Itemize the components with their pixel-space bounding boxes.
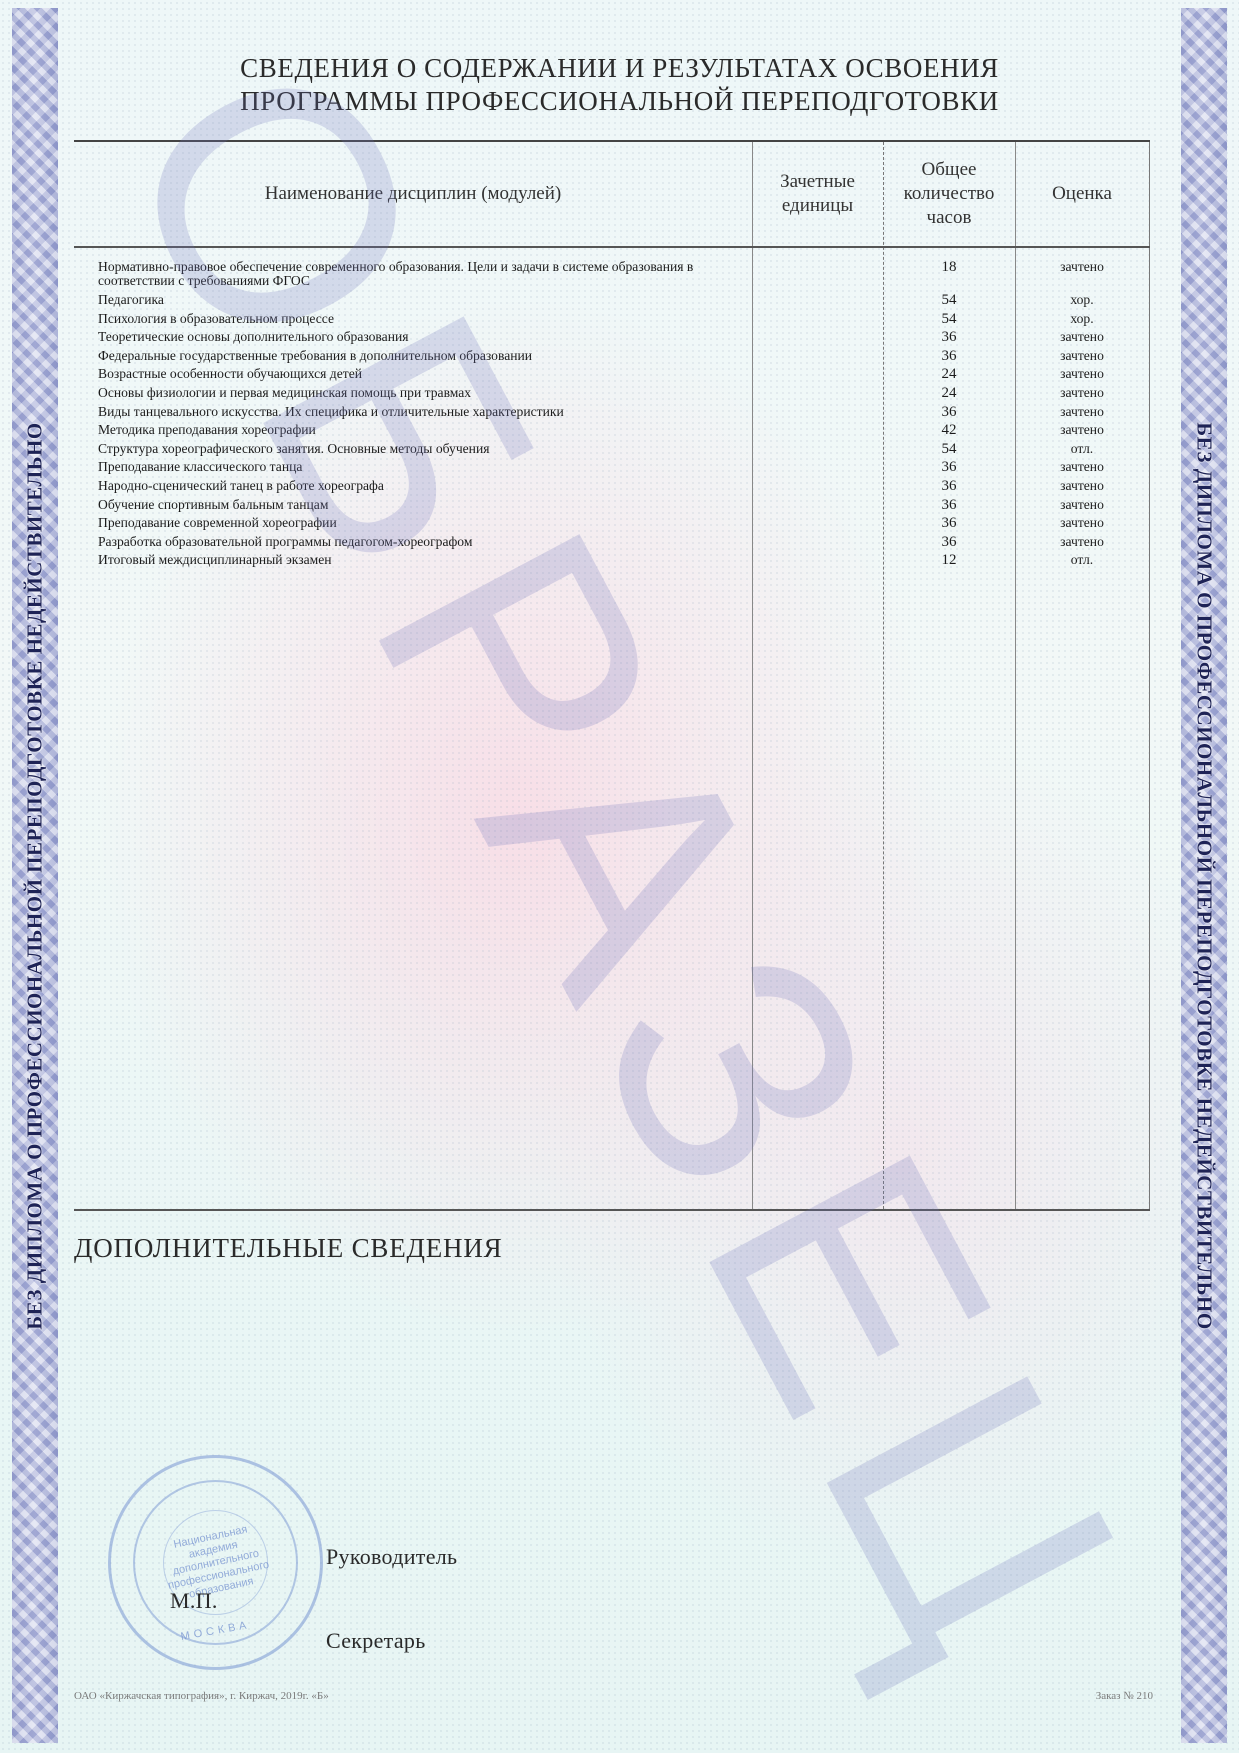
discipline-name: Виды танцевального искусства. Их специфи… [98, 405, 728, 419]
grade-cell: отл. [1015, 553, 1149, 567]
header-grade: Оценка [1015, 142, 1149, 246]
grade-cell: зачтено [1015, 405, 1149, 419]
table-body: Нормативно-правовое обеспечение современ… [74, 260, 1150, 572]
printer-imprint: ОАО «Киржачская типография», г. Киржач, … [74, 1690, 329, 1702]
grade-cell: зачтено [1015, 516, 1149, 530]
header-credits-line: единицы [780, 194, 855, 218]
signature-secretary-label: Секретарь [326, 1628, 426, 1654]
stamp-place-label: М.П. [170, 1588, 218, 1614]
grade-cell: хор. [1015, 312, 1149, 326]
hours-cell: 36 [883, 516, 1015, 530]
table-row: Основы физиологии и первая медицинская п… [74, 386, 1150, 405]
grade-cell: зачтено [1015, 330, 1149, 344]
grade-cell: зачтено [1015, 386, 1149, 400]
header-credits-line: Зачетные [780, 170, 855, 194]
table-row: Преподавание современной хореографии36за… [74, 516, 1150, 535]
official-stamp: Национальная академия дополнительного пр… [108, 1455, 323, 1670]
hours-cell: 36 [883, 535, 1015, 549]
header-hours-line: количество [904, 182, 995, 206]
discipline-name: Основы физиологии и первая медицинская п… [98, 386, 728, 400]
header-discipline-name: Наименование дисциплин (модулей) [74, 142, 752, 246]
header-hours-line: часов [904, 206, 995, 230]
grade-cell: зачтено [1015, 535, 1149, 549]
grade-cell: зачтено [1015, 349, 1149, 363]
grade-cell: хор. [1015, 293, 1149, 307]
grade-cell: зачтено [1015, 260, 1149, 274]
discipline-name: Итоговый междисциплинарный экзамен [98, 553, 728, 567]
discipline-name: Педагогика [98, 293, 728, 307]
hours-cell: 18 [883, 260, 1015, 274]
table-row: Итоговый междисциплинарный экзамен12отл. [74, 553, 1150, 572]
grade-cell: отл. [1015, 442, 1149, 456]
discipline-name: Народно-сценический танец в работе хорео… [98, 479, 728, 493]
disciplines-table: Наименование дисциплин (модулей) Зачетны… [74, 140, 1150, 1211]
hours-cell: 54 [883, 293, 1015, 307]
table-row: Обучение спортивным бальным танцам36зачт… [74, 498, 1150, 517]
page-title: СВЕДЕНИЯ О СОДЕРЖАНИИ И РЕЗУЛЬТАТАХ ОСВО… [0, 52, 1239, 118]
grade-cell: зачтено [1015, 460, 1149, 474]
header-credits: Зачетные единицы [752, 142, 883, 246]
stamp-city: МОСКВА [112, 1607, 320, 1655]
discipline-name: Обучение спортивным бальным танцам [98, 498, 728, 512]
discipline-name: Нормативно-правовое обеспечение современ… [98, 260, 728, 288]
header-separator [74, 246, 1150, 248]
additional-info-heading: ДОПОЛНИТЕЛЬНЫЕ СВЕДЕНИЯ [74, 1233, 502, 1264]
hours-cell: 36 [883, 460, 1015, 474]
table-row: Методика преподавания хореографии42зачте… [74, 423, 1150, 442]
hours-cell: 24 [883, 386, 1015, 400]
hours-cell: 36 [883, 479, 1015, 493]
header-hours-line: Общее [904, 158, 995, 182]
table-row: Разработка образовательной программы пед… [74, 535, 1150, 554]
table-row: Психология в образовательном процессе54х… [74, 312, 1150, 331]
hours-cell: 54 [883, 442, 1015, 456]
table-row: Нормативно-правовое обеспечение современ… [74, 260, 1150, 293]
discipline-name: Методика преподавания хореографии [98, 423, 728, 437]
table-row: Федеральные государственные требования в… [74, 349, 1150, 368]
discipline-name: Разработка образовательной программы пед… [98, 535, 728, 549]
hours-cell: 36 [883, 330, 1015, 344]
discipline-name: Теоретические основы дополнительного обр… [98, 330, 728, 344]
table-row: Виды танцевального искусства. Их специфи… [74, 405, 1150, 424]
hours-cell: 42 [883, 423, 1015, 437]
table-row: Педагогика54хор. [74, 293, 1150, 312]
hours-cell: 36 [883, 405, 1015, 419]
table-row: Структура хореографического занятия. Осн… [74, 442, 1150, 461]
discipline-name: Преподавание современной хореографии [98, 516, 728, 530]
table-row: Народно-сценический танец в работе хорео… [74, 479, 1150, 498]
grade-cell: зачтено [1015, 367, 1149, 381]
hours-cell: 24 [883, 367, 1015, 381]
grade-cell: зачтено [1015, 423, 1149, 437]
discipline-name: Психология в образовательном процессе [98, 312, 728, 326]
discipline-name: Структура хореографического занятия. Осн… [98, 442, 728, 456]
hours-cell: 36 [883, 498, 1015, 512]
grade-cell: зачтено [1015, 479, 1149, 493]
title-line-1: СВЕДЕНИЯ О СОДЕРЖАНИИ И РЕЗУЛЬТАТАХ ОСВО… [0, 52, 1239, 85]
header-total-hours: Общее количество часов [883, 142, 1015, 246]
table-row: Возрастные особенности обучающихся детей… [74, 367, 1150, 386]
discipline-name: Федеральные государственные требования в… [98, 349, 728, 363]
document-content: СВЕДЕНИЯ О СОДЕРЖАНИИ И РЕЗУЛЬТАТАХ ОСВО… [0, 0, 1239, 1753]
discipline-name: Преподавание классического танца [98, 460, 728, 474]
signature-head-label: Руководитель [326, 1544, 457, 1570]
table-row: Преподавание классического танца36зачтен… [74, 460, 1150, 479]
hours-cell: 12 [883, 553, 1015, 567]
grade-cell: зачтено [1015, 498, 1149, 512]
table-row: Теоретические основы дополнительного обр… [74, 330, 1150, 349]
order-number: Заказ № 210 [1096, 1690, 1153, 1702]
hours-cell: 36 [883, 349, 1015, 363]
title-line-2: ПРОГРАММЫ ПРОФЕССИОНАЛЬНОЙ ПЕРЕПОДГОТОВК… [0, 85, 1239, 118]
discipline-name: Возрастные особенности обучающихся детей [98, 367, 728, 381]
hours-cell: 54 [883, 312, 1015, 326]
